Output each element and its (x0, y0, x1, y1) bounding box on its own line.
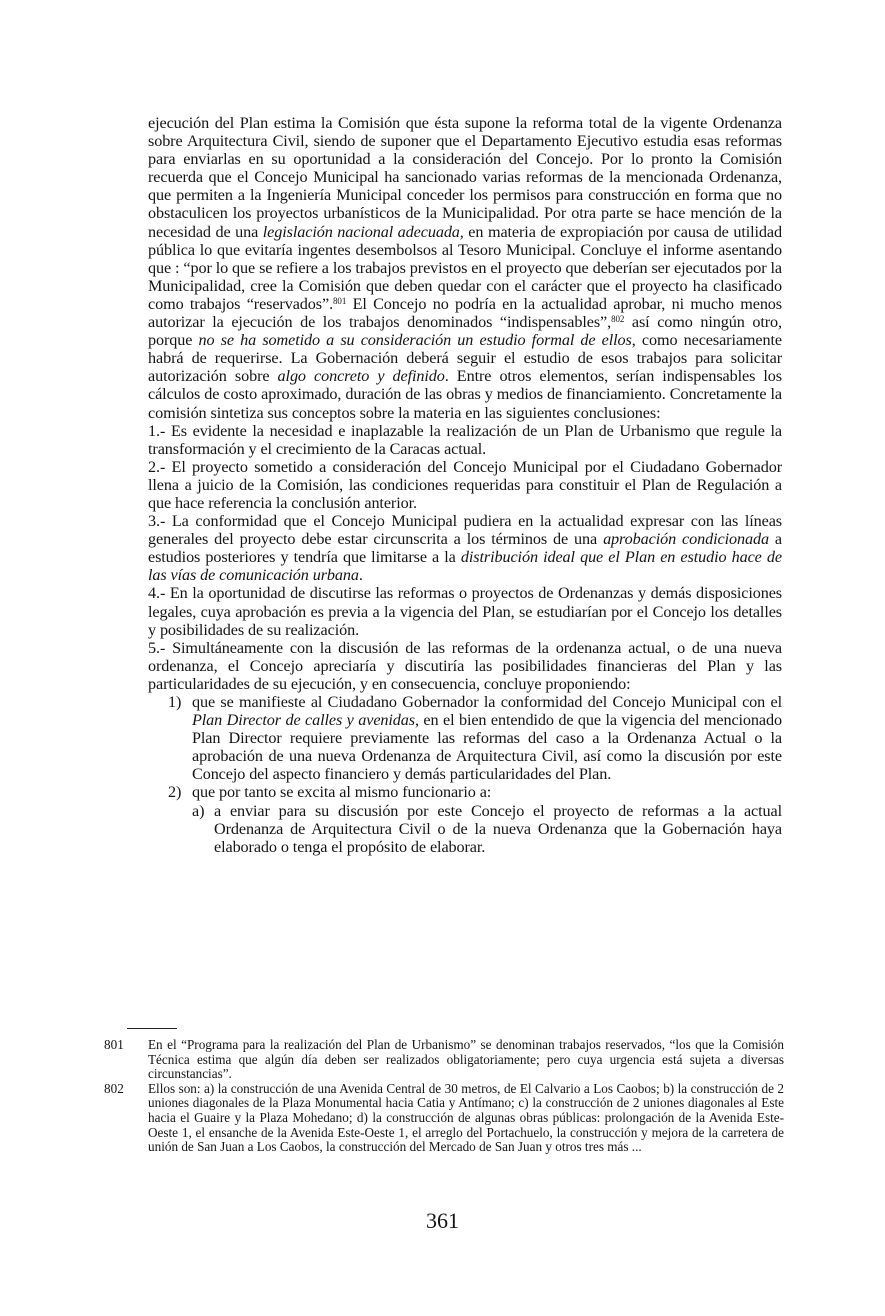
proposal-item: 2) que por tanto se excita al mismo func… (148, 783, 782, 801)
footnote-ref: 801 (333, 296, 346, 306)
intro-paragraph: ejecución del Plan estima la Comisión qu… (148, 114, 782, 422)
sub-proposal-item: a) a enviar para su discusión por este C… (148, 802, 782, 856)
conclusion-item: 1.- Es evidente la necesidad e inaplazab… (148, 422, 782, 458)
conclusion-item: 4.- En la oportunidad de discutirse las … (148, 584, 782, 638)
footnote-separator (127, 1028, 177, 1029)
sub-proposal-text: a enviar para su discusión por este Conc… (214, 802, 782, 856)
conclusion-item: 2.- El proyecto sometido a consideración… (148, 458, 782, 512)
italic-emphasis: aprobación condicionada (603, 530, 769, 548)
italic-emphasis: Plan Director de calles y avenidas (192, 711, 415, 729)
footnote-number: 801 (104, 1038, 124, 1053)
conclusion-item: 3.- La conformidad que el Concejo Munici… (148, 512, 782, 584)
proposal-item: 1) que se manifieste al Ciudadano Gobern… (148, 693, 782, 783)
footnotes: 801 En el “Programa para la realización … (104, 1038, 784, 1155)
proposals-list: 1) que se manifieste al Ciudadano Gobern… (148, 693, 782, 856)
conclusion-number: 3.- (148, 512, 165, 530)
sub-proposal-marker: a) (192, 802, 204, 820)
main-text: ejecución del Plan estima la Comisión qu… (148, 114, 782, 856)
footnote-number: 802 (104, 1082, 124, 1097)
proposal-text: que se manifieste al Ciudadano Gobernado… (192, 693, 782, 783)
page-number: 361 (0, 1208, 885, 1234)
footnote-text: Ellos son: a) la construcción de una Ave… (148, 1081, 784, 1154)
footnote-ref: 802 (611, 314, 624, 324)
italic-emphasis: distribución ideal que el Plan en estudi… (148, 548, 782, 584)
italic-emphasis: algo concreto y definido (278, 367, 445, 385)
conclusion-item: 5.- Simultáneamente con la discusión de … (148, 639, 782, 693)
conclusion-number: 1.- (148, 422, 165, 440)
conclusion-number: 2.- (148, 458, 165, 476)
footnote-text: En el “Programa para la realización del … (148, 1037, 784, 1081)
conclusion-number: 5.- (148, 639, 165, 657)
proposal-text: que por tanto se excita al mismo funcion… (192, 783, 491, 801)
proposal-marker: 1) (168, 693, 181, 711)
proposal-marker: 2) (168, 783, 181, 801)
page-body: ejecución del Plan estima la Comisión qu… (148, 114, 782, 856)
italic-emphasis: no se ha sometido a su consideración un … (199, 331, 632, 349)
footnote-802: 802 Ellos son: a) la construcción de una… (104, 1082, 784, 1155)
italic-emphasis: legislación nacional adecuada, (263, 223, 464, 241)
conclusion-number: 4.- (148, 584, 165, 602)
footnote-801: 801 En el “Programa para la realización … (104, 1038, 784, 1082)
conclusions-list: 1.- Es evidente la necesidad e inaplazab… (148, 422, 782, 693)
